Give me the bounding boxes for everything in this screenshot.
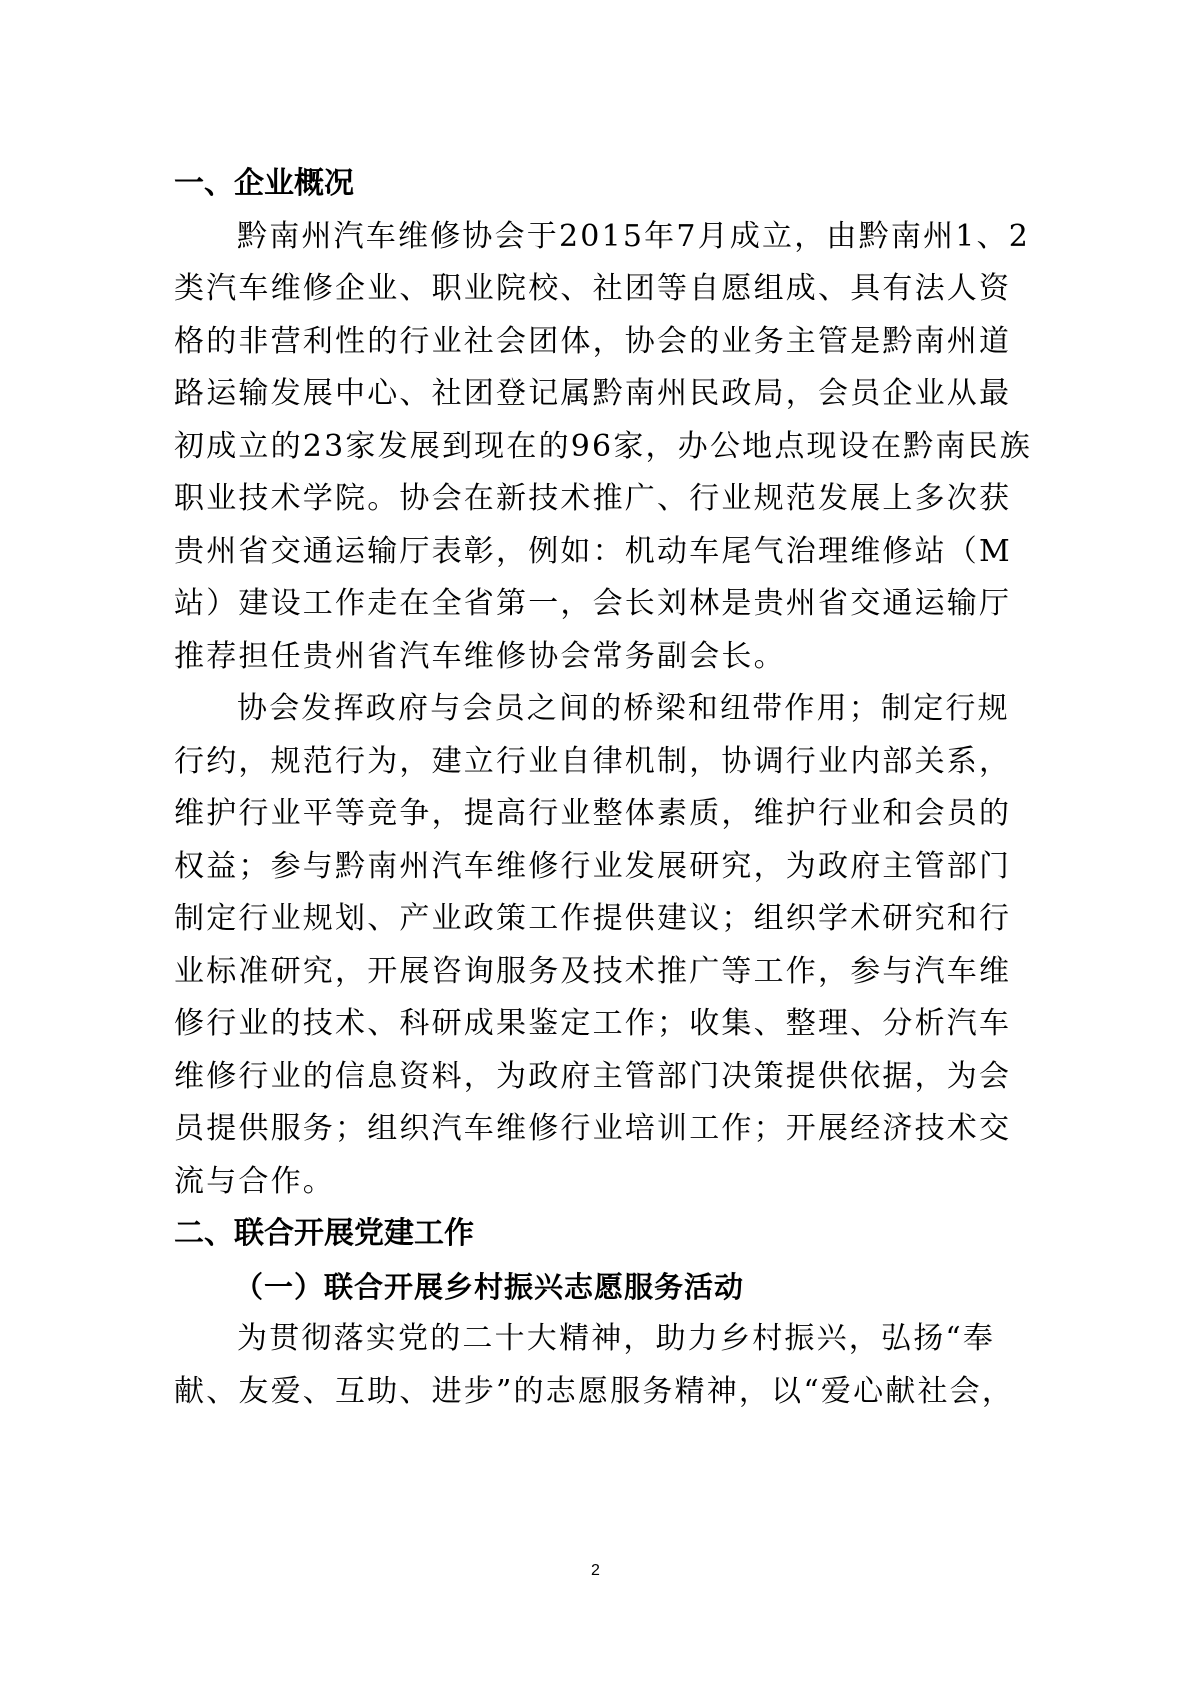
page-number: 2 — [0, 1562, 1191, 1580]
paragraph-overview-2: 协会发挥政府与会员之间的桥梁和纽带作用；制定行规 行约，规范行为，建立行业自律机… — [174, 683, 1014, 1208]
subsection-heading-volunteer: （一）联合开展乡村振兴志愿服务活动 — [174, 1261, 1014, 1314]
text-line: 站）建设工作走在全省第一，会长刘林是贵州省交通运输厅 — [174, 578, 1014, 631]
text-line: 贵州省交通运输厅表彰，例如：机动车尾气治理维修站（M — [174, 526, 1014, 579]
text-line: 黔南州汽车维修协会于2015年7月成立，由黔南州1、2 — [174, 211, 1014, 264]
paragraph-overview-1: 黔南州汽车维修协会于2015年7月成立，由黔南州1、2 类汽车维修企业、职业院校… — [174, 211, 1014, 684]
text-line: 行约，规范行为，建立行业自律机制，协调行业内部关系， — [174, 736, 1014, 789]
text-line: 流与合作。 — [174, 1156, 1014, 1209]
document-page: 一、企业概况 黔南州汽车维修协会于2015年7月成立，由黔南州1、2 类汽车维修… — [0, 0, 1191, 1684]
paragraph-volunteer-1: 为贯彻落实党的二十大精神，助力乡村振兴，弘扬“奉 献、友爱、互助、进步”的志愿服… — [174, 1313, 1014, 1418]
text-line: 协会发挥政府与会员之间的桥梁和纽带作用；制定行规 — [174, 683, 1014, 736]
text-line: 维护行业平等竞争，提高行业整体素质，维护行业和会员的 — [174, 788, 1014, 841]
section-heading-overview: 一、企业概况 — [174, 158, 1014, 211]
text-line: 初成立的23家发展到现在的96家，办公地点现设在黔南民族 — [174, 421, 1014, 474]
text-line: 类汽车维修企业、职业院校、社团等自愿组成、具有法人资 — [174, 263, 1014, 316]
text-line: 制定行业规划、产业政策工作提供建议；组织学术研究和行 — [174, 893, 1014, 946]
text-line: 为贯彻落实党的二十大精神，助力乡村振兴，弘扬“奉 — [174, 1313, 1014, 1366]
document-body: 一、企业概况 黔南州汽车维修协会于2015年7月成立，由黔南州1、2 类汽车维修… — [174, 158, 1014, 1418]
text-line: 权益；参与黔南州汽车维修行业发展研究，为政府主管部门 — [174, 841, 1014, 894]
text-line: 格的非营利性的行业社会团体，协会的业务主管是黔南州道 — [174, 316, 1014, 369]
text-line: 维修行业的信息资料，为政府主管部门决策提供依据，为会 — [174, 1051, 1014, 1104]
text-line: 献、友爱、互助、进步”的志愿服务精神，以“爱心献社会， — [174, 1366, 1014, 1419]
text-line: 业标准研究，开展咨询服务及技术推广等工作，参与汽车维 — [174, 946, 1014, 999]
text-line: 修行业的技术、科研成果鉴定工作；收集、整理、分析汽车 — [174, 998, 1014, 1051]
section-heading-party-building: 二、联合开展党建工作 — [174, 1208, 1014, 1261]
text-line: 推荐担任贵州省汽车维修协会常务副会长。 — [174, 631, 1014, 684]
text-line: 路运输发展中心、社团登记属黔南州民政局，会员企业从最 — [174, 368, 1014, 421]
text-line: 员提供服务；组织汽车维修行业培训工作；开展经济技术交 — [174, 1103, 1014, 1156]
text-line: 职业技术学院。协会在新技术推广、行业规范发展上多次获 — [174, 473, 1014, 526]
